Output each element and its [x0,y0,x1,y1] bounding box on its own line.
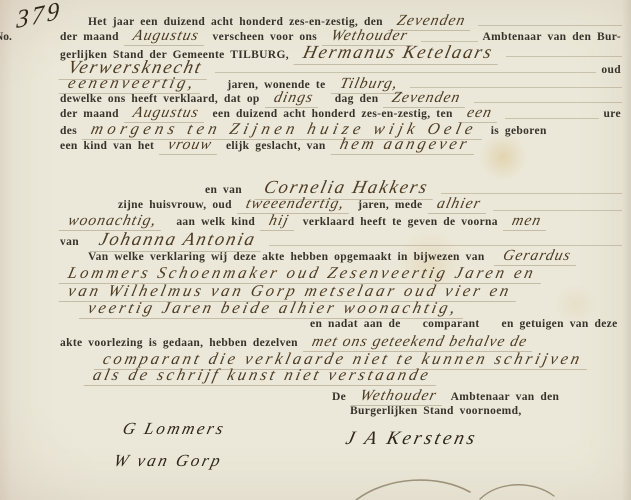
handwritten-text: woonachtig, [59,213,165,231]
printed-text: ure [604,108,621,120]
act-line: vanJohanna Antonia [57,231,624,248]
printed-text: der maand [60,31,119,43]
printed-text: verklaard heeft te geven de voorna [303,216,498,228]
printed-text: comparant [423,318,480,330]
act-number-label: No. [0,31,12,43]
handwritten-text: G Lommers [114,420,234,438]
act-line: der maandAugustusverscheen voor onsWetho… [57,28,624,43]
act-number-handwritten: 379 [16,0,62,35]
printed-text: zijne huisvrouw, oud [118,199,232,211]
handwritten-text: als de schrijf kunst niet verstaande [84,367,440,386]
act-line: W van Gorp [57,452,329,478]
printed-text: verscheen voor ons [213,31,318,43]
printed-text: en van [205,184,242,196]
blank-rule [408,75,624,90]
blank-rule [491,196,624,213]
act-line: Burgerlijken Stand voornoemd, [329,405,624,422]
printed-text: De [332,391,346,403]
printed-text: des [60,125,77,137]
blank-rule [472,90,624,105]
handwritten-text: Wethouder [351,388,446,406]
handwritten-text: veertig Jaren beide alhier woonachtig, [79,300,467,319]
act-line: G Lommers [57,420,329,446]
act-body: Het jaar een duizend acht honderd zes-en… [57,13,624,478]
blank-rule [504,44,624,59]
printed-text: elijk geslacht, van [226,140,326,152]
printed-text: en nadat aan de [310,318,401,330]
printed-text: Ambtenaar van den Bur- [483,31,622,43]
printed-text: een kind van het [60,140,154,152]
blank-rule [439,179,624,196]
act-line: zijne huisvrouw, oudtweeendertig,jaren, … [57,196,624,213]
act-text-lines: Het jaar een duizend acht honderd zes-en… [57,13,624,384]
handwritten-text: vrouw [159,137,221,155]
closing-section: G LommersW van Gorp DeWethouderAmbtenaar… [57,388,624,478]
handwritten-text: tweeendertig, [237,196,353,214]
printed-text: Burgerlijken Stand voornoemd, [350,405,522,417]
act-line: een kind van hetvrouwelijk geslacht, van… [57,136,624,151]
handwritten-text: J A Kerstens [337,429,487,449]
witness-signatures: G LommersW van Gorp [57,388,329,478]
blank-rule [503,105,601,120]
act-line: DeWethouderAmbtenaar van den [329,388,624,405]
handwritten-text: alhier [428,196,490,214]
handwritten-text: hij [260,213,298,231]
blank-rule [550,121,624,136]
blank-rule [480,136,624,151]
printed-text: dag den [335,93,379,105]
handwritten-text: W van Gorp [105,452,231,470]
act-line: als de schrijf kunst niet verstaande [57,367,624,384]
partial-signature-stroke [352,472,562,500]
blank-rule [267,231,624,248]
act-line: en vanCornelia Hakkers [57,179,624,196]
act-line: gerlijken Stand der Gemeente TILBURG,Her… [57,44,624,59]
act-line: J A Kerstens [329,429,624,446]
act-line: woonachtig,aan welk kindhijverklaard hee… [57,213,624,230]
act-line: eenenveertig,jaren, wonende teTilburg, [57,75,624,90]
blank-rule [419,28,480,43]
printed-text: Ambtenaar van den [451,391,560,403]
printed-text: aan welk kind [176,216,255,228]
handwritten-text: men [503,213,550,231]
handwritten-text: hem aangever [331,136,478,155]
printed-text: Van welke verklaring wij deze akte hebbe… [88,251,485,263]
printed-text: van [60,236,79,248]
printed-text: akte voorlezing is gedaan, hebben dezelv… [60,337,298,349]
official-signature-block: DeWethouderAmbtenaar van denBurgerlijken… [329,388,624,478]
act-line: veertig Jaren beide alhier woonachtig, [57,300,624,317]
blank-rule [213,59,599,74]
printed-text: is geboren [491,125,547,137]
act-line: en nadat aan decomparanten getuigen van … [57,318,624,335]
act-line: desmorgens ten Zijnen huize wijk Oeleis … [57,121,624,136]
blank-rule [476,13,624,28]
birth-certificate-scan: No. 379 Het jaar een duizend acht honder… [0,0,631,500]
printed-text: en getuigen van deze [502,318,618,330]
printed-text: jaren, mede [358,199,422,211]
